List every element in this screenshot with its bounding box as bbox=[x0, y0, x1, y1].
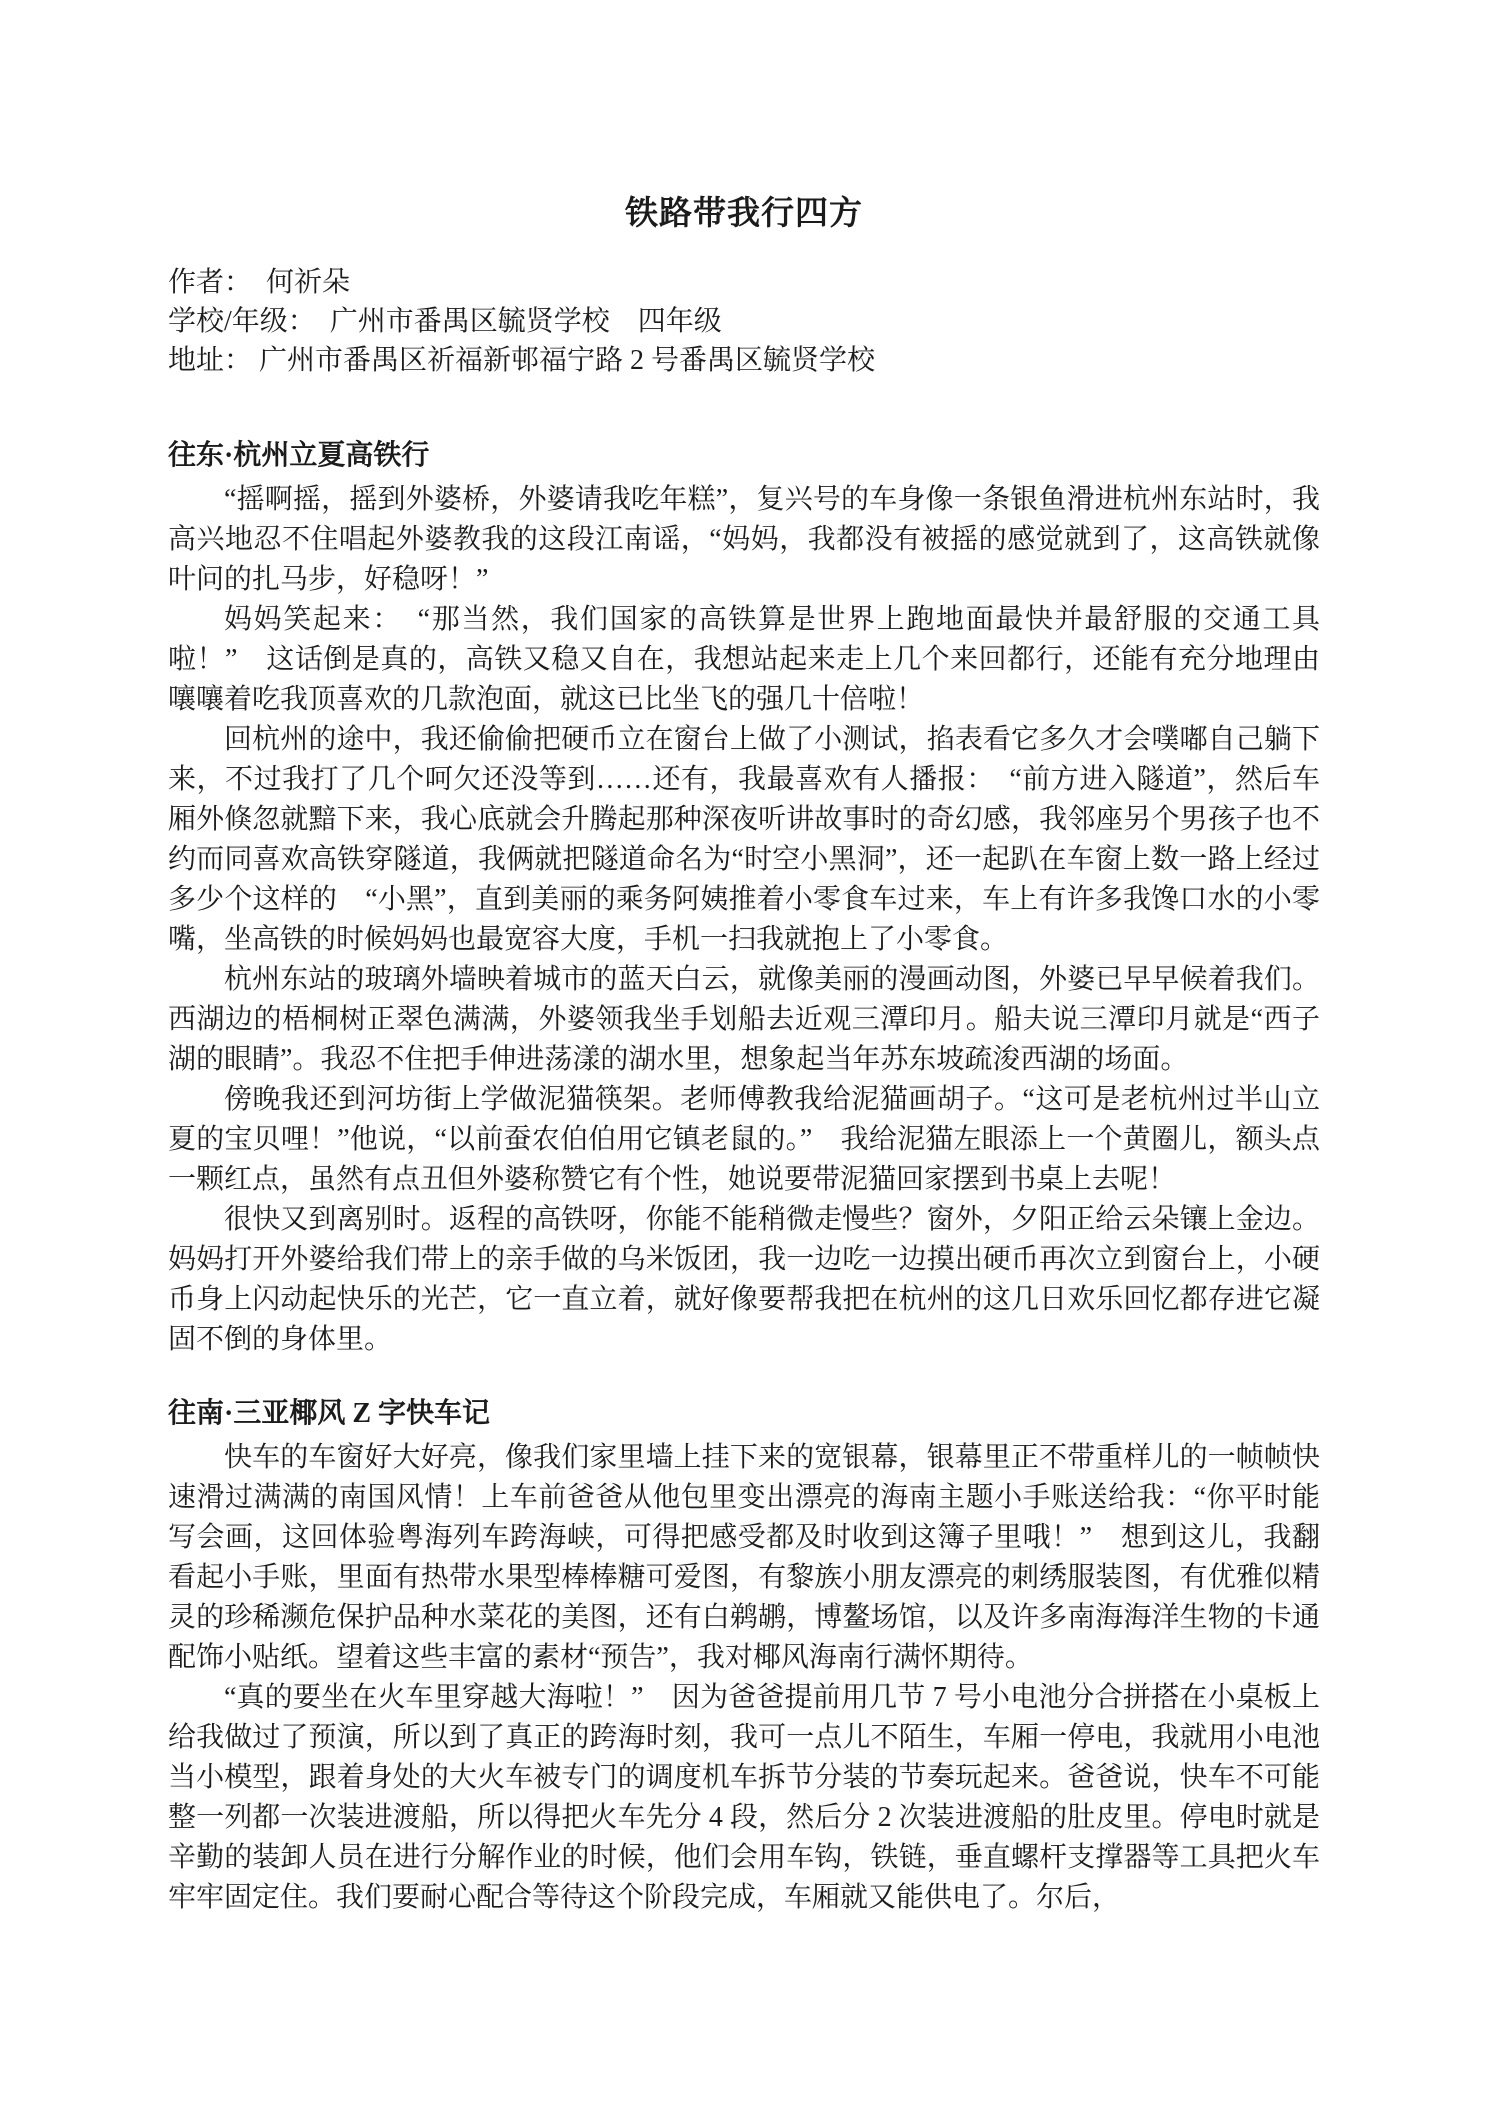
section-heading-east-hangzhou: 往东·杭州立夏高铁行 bbox=[168, 436, 1320, 476]
address-line: 地址： 广州市番禺区祈福新邨福宁路 2 号番禺区毓贤学校 bbox=[168, 341, 1320, 380]
paragraph: 傍晚我还到河坊街上学做泥猫筷架。老师傅教我给泥猫画胡子。“这可是老杭州过半山立夏… bbox=[168, 1080, 1320, 1200]
section-east-hangzhou: 往东·杭州立夏高铁行 “摇啊摇，摇到外婆桥，外婆请我吃年糕”，复兴号的车身像一条… bbox=[168, 436, 1320, 1360]
paragraph: “真的要坐在火车里穿越大海啦！” 因为爸爸提前用几节 7 号小电池分合拼搭在小桌… bbox=[168, 1678, 1320, 1918]
paragraph: 妈妈笑起来： “那当然，我们国家的高铁算是世界上跑地面最快并最舒服的交通工具啦！… bbox=[168, 600, 1320, 720]
paragraph: 快车的车窗好大好亮，像我们家里墙上挂下来的宽银幕，银幕里正不带重样儿的一帧帧快速… bbox=[168, 1438, 1320, 1678]
section-heading-south-sanya: 往南·三亚椰风 Z 字快车记 bbox=[168, 1394, 1320, 1434]
document-page: 铁路带我行四方 作者： 何祈朵 学校/年级： 广州市番禺区毓贤学校 四年级 地址… bbox=[0, 0, 1487, 2103]
paragraph: 回杭州的途中，我还偷偷把硬币立在窗台上做了小测试，掐表看它多久才会噗嘟自己躺下来… bbox=[168, 720, 1320, 960]
document-title: 铁路带我行四方 bbox=[168, 193, 1320, 235]
paragraph: 很快又到离别时。返程的高铁呀，你能不能稍微走慢些？窗外，夕阳正给云朵镶上金边。妈… bbox=[168, 1200, 1320, 1360]
school-grade-line: 学校/年级： 广州市番禺区毓贤学校 四年级 bbox=[168, 302, 1320, 341]
author-line: 作者： 何祈朵 bbox=[168, 263, 1320, 302]
section-south-sanya: 往南·三亚椰风 Z 字快车记 快车的车窗好大好亮，像我们家里墙上挂下来的宽银幕，… bbox=[168, 1394, 1320, 1918]
paragraph: “摇啊摇，摇到外婆桥，外婆请我吃年糕”，复兴号的车身像一条银鱼滑进杭州东站时，我… bbox=[168, 480, 1320, 600]
paragraph: 杭州东站的玻璃外墙映着城市的蓝天白云，就像美丽的漫画动图，外婆已早早候着我们。西… bbox=[168, 960, 1320, 1080]
document-meta: 作者： 何祈朵 学校/年级： 广州市番禺区毓贤学校 四年级 地址： 广州市番禺区… bbox=[168, 263, 1320, 380]
